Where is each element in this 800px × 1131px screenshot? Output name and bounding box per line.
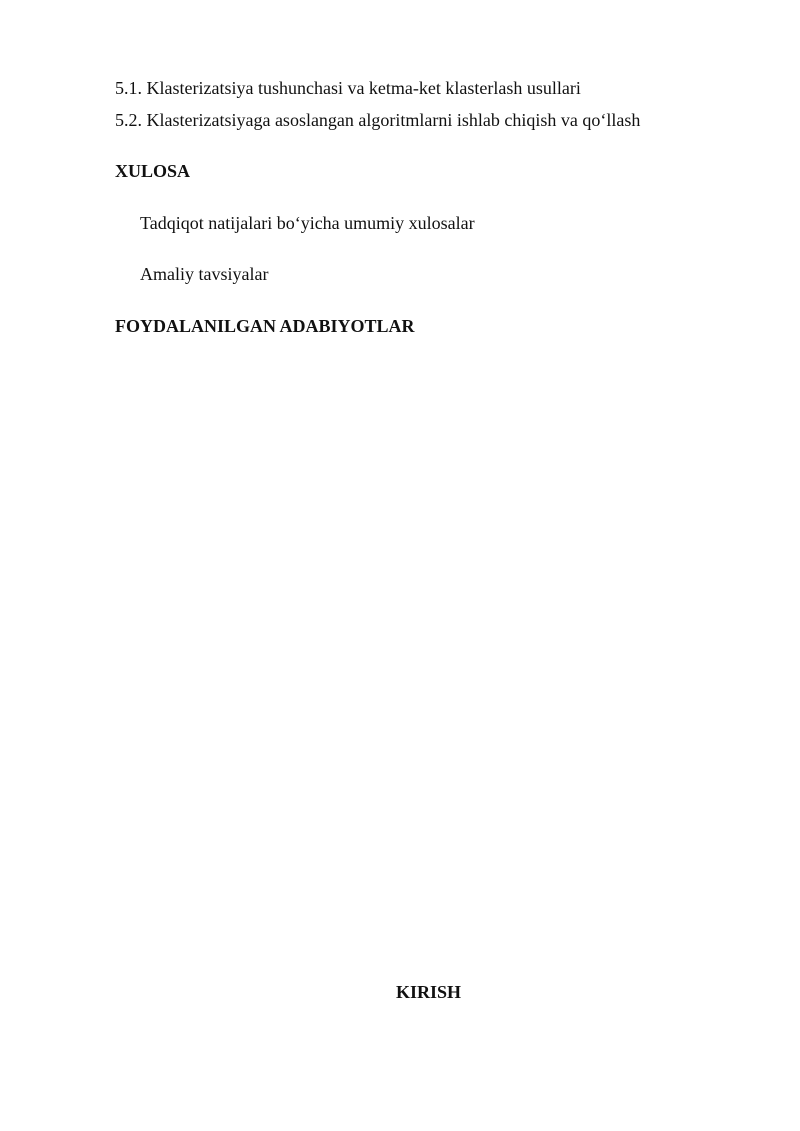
toc-subitem-general-conclusions: Tadqiqot natijalari bo‘yicha umumiy xulo… <box>140 212 475 234</box>
toc-heading-references: FOYDALANILGAN ADABIYOTLAR <box>115 315 415 337</box>
toc-subitem-practical-recommendations: Amaliy tavsiyalar <box>140 263 268 285</box>
toc-item-5-2: 5.2. Klasterizatsiyaga asoslangan algori… <box>115 109 640 131</box>
section-heading-introduction: KIRISH <box>396 981 461 1003</box>
toc-item-5-1: 5.1. Klasterizatsiya tushunchasi va ketm… <box>115 77 581 99</box>
toc-heading-conclusion: XULOSA <box>115 160 190 182</box>
